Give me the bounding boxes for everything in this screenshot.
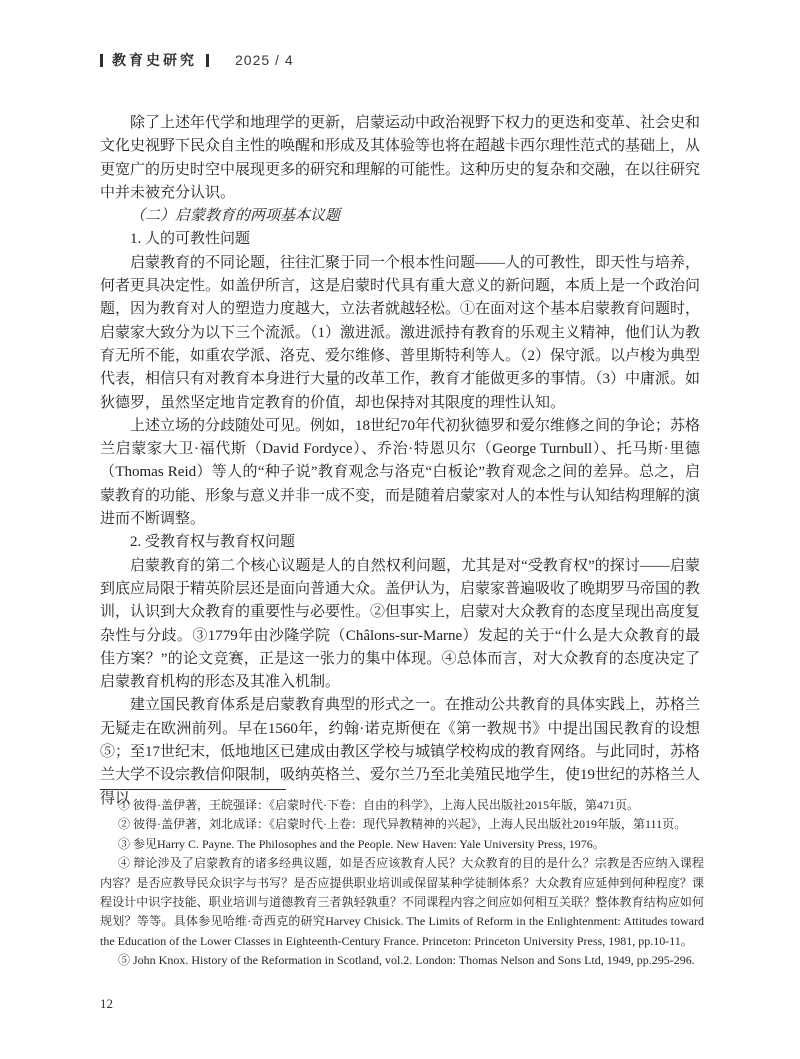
page-number: 12 <box>100 996 113 1012</box>
article-body: 除了上述年代学和地理学的更新，启蒙运动中政治视野下权力的更迭和变革、社会史和文化… <box>100 112 700 811</box>
paragraph-national-education: 建立国民教育体系是启蒙教育典型的形式之一。在推动公共教育的具体实践上，苏格兰无疑… <box>100 694 700 810</box>
footnote-4: ④ 辩论涉及了启蒙教育的诸多经典议题，如是否应该教育人民？大众教育的目的是什么？… <box>100 854 704 951</box>
paragraph-educability: 启蒙教育的不同论题，往往汇聚于同一个根本性问题——人的可教性，即天性与培养，何者… <box>100 252 700 415</box>
subsection-heading-2: 2. 受教育权与教育权问题 <box>100 531 700 554</box>
journal-title: 教育史研究 <box>112 50 197 70</box>
issue-number: 2025 / 4 <box>235 52 294 68</box>
footnotes-section: ① 彼得·盖伊著，王皖强译：《启蒙时代·下卷：自由的科学》，上海人民出版社201… <box>100 796 704 971</box>
paragraph-divergence: 上述立场的分歧随处可见。例如，18世纪70年代初狄德罗和爱尔维修之间的争论；苏格… <box>100 415 700 531</box>
header-divider-bar-icon <box>206 54 209 67</box>
footnote-2: ② 彼得·盖伊著，刘北成译：《启蒙时代·上卷：现代异教精神的兴起》，上海人民出版… <box>100 815 704 834</box>
subsection-heading-1: 1. 人的可教性问题 <box>100 228 700 251</box>
document-page: 教育史研究 2025 / 4 除了上述年代学和地理学的更新，启蒙运动中政治视野下… <box>0 0 800 1059</box>
journal-header: 教育史研究 2025 / 4 <box>100 50 294 70</box>
footnote-3: ③ 参见Harry C. Payne. The Philosophes and … <box>100 835 704 854</box>
footnote-1: ① 彼得·盖伊著，王皖强译：《启蒙时代·下卷：自由的科学》，上海人民出版社201… <box>100 796 704 815</box>
paragraph-rights: 启蒙教育的第二个核心议题是人的自然权利问题，尤其是对“受教育权”的探讨——启蒙到… <box>100 555 700 695</box>
paragraph-intro: 除了上述年代学和地理学的更新，启蒙运动中政治视野下权力的更迭和变革、社会史和文化… <box>100 112 700 205</box>
section-heading: （二）启蒙教育的两项基本议题 <box>100 205 700 228</box>
footnote-5: ⑤ John Knox. History of the Reformation … <box>100 951 704 970</box>
footnote-separator <box>100 789 286 790</box>
header-divider-bar-icon <box>100 54 103 67</box>
